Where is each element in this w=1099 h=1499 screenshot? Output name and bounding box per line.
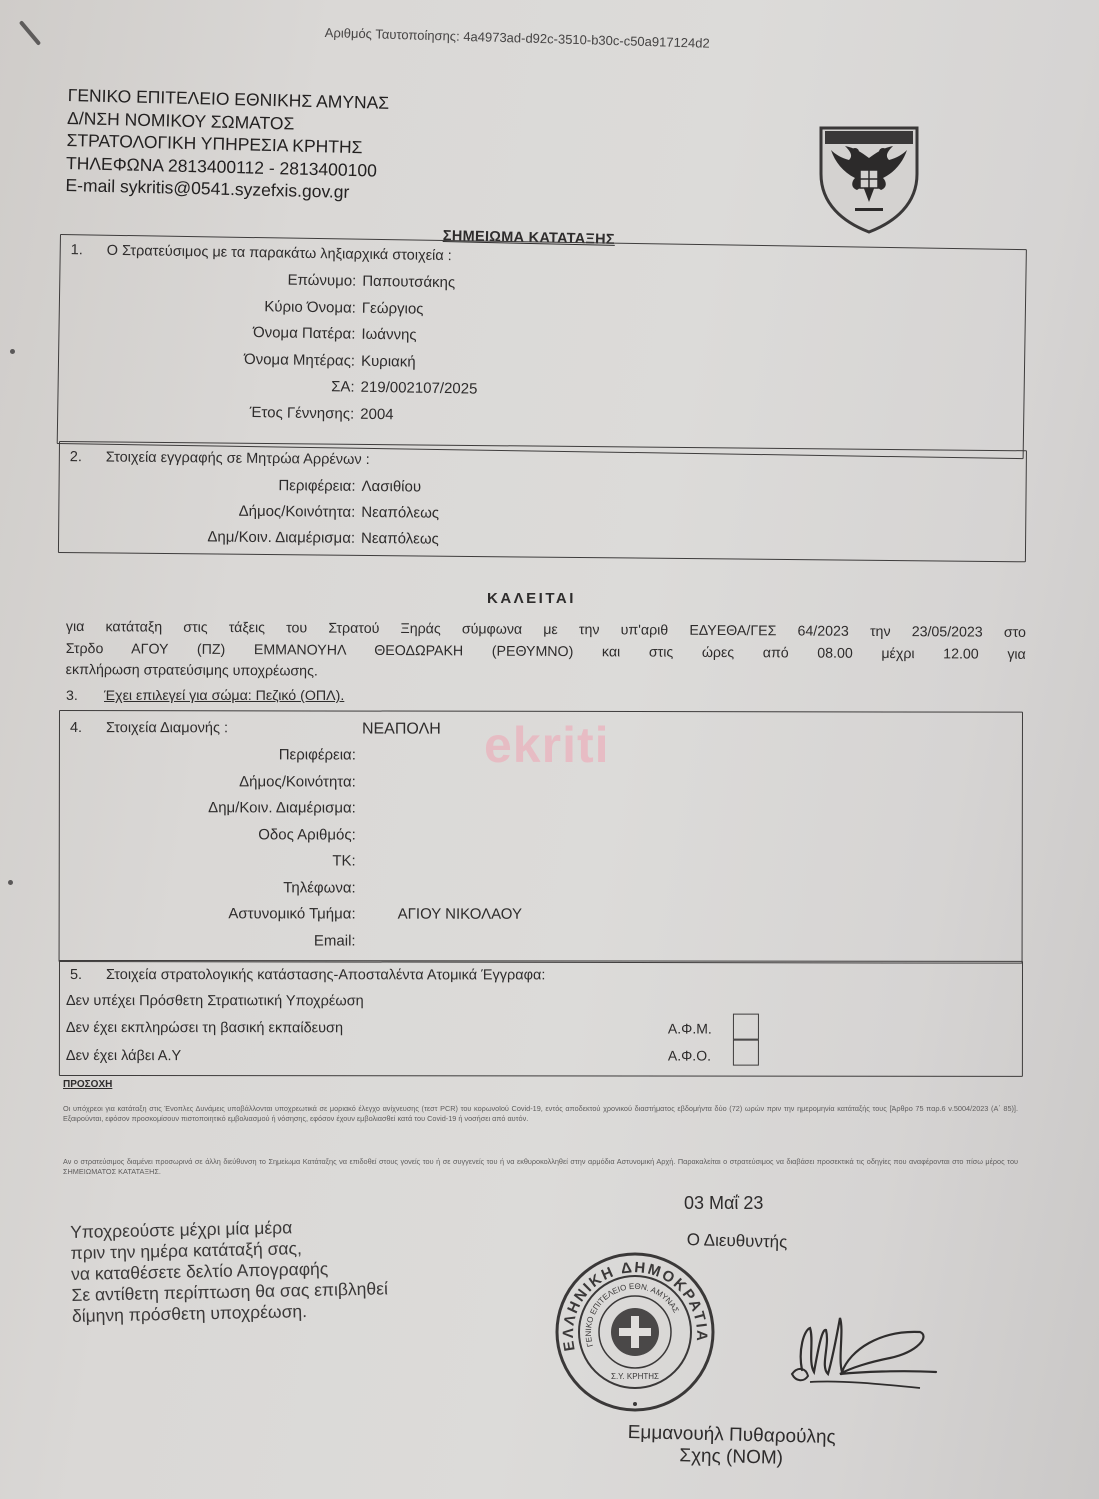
residence-town: ΝΕΑΠΟΛΗ bbox=[362, 721, 441, 739]
watermark-logo: ekriti bbox=[484, 716, 610, 774]
field-value: Λασιθίου bbox=[361, 478, 421, 496]
field-row: Περιφέρεια: bbox=[60, 746, 398, 764]
field-row: Οδος Αριθμός: bbox=[60, 826, 398, 844]
field-row: Δημ/Κοιν. Διαμέρισμα:Νεαπόλεως bbox=[59, 527, 439, 548]
field-value: ΑΓΙΟΥ ΝΙΚΟΛΑΟΥ bbox=[398, 906, 522, 923]
section-5-box: 5.Στοιχεία στρατολογικής κατάστασης-Αποσ… bbox=[59, 960, 1023, 1077]
section-heading-text: Ο Στρατεύσιμος με τα παρακάτω ληξιαρχικά… bbox=[107, 243, 452, 264]
official-stamp-icon: ΕΛΛΗΝΙΚΗ ΔΗΜΟΚΡΑΤΙΑ ΓΕΝΙΚΟ ΕΠΙΤΕΛΕΙΟ ΕΘΝ… bbox=[553, 1250, 717, 1414]
field-label: Όνομα Μητέρας: bbox=[59, 348, 355, 370]
field-value: Νεαπόλεως bbox=[361, 530, 439, 548]
afm-label: Α.Φ.Μ. bbox=[668, 1021, 712, 1037]
field-value: 2004 bbox=[360, 405, 394, 423]
section-number: 4. bbox=[70, 720, 106, 736]
field-label: Όνομα Πατέρα: bbox=[59, 321, 355, 343]
section-1-heading: 1.Ο Στρατεύσιμος με τα παρακάτω ληξιαρχι… bbox=[71, 242, 452, 264]
field-value: Ιωάννης bbox=[361, 326, 416, 344]
field-value: Νεαπόλεως bbox=[361, 504, 439, 522]
section-1-box: 1.Ο Στρατεύσιμος με τα παρακάτω ληξιαρχι… bbox=[57, 234, 1027, 459]
field-label: Αστυνομικό Τμήμα: bbox=[60, 905, 356, 923]
section-3: 3.Έχει επιλεγεί για σώμα: Πεζικό (ΟΠΛ). bbox=[66, 688, 344, 704]
signature-icon bbox=[780, 1310, 940, 1395]
identification-label: Αριθμός Ταυτοποίησης: bbox=[325, 25, 460, 44]
pen-mark bbox=[19, 20, 41, 46]
field-row: Δημ/Κοιν. Διαμέρισμα: bbox=[60, 799, 398, 817]
field-row: Αστυνομικό Τμήμα:ΑΓΙΟΥ ΝΙΚΟΛΑΟΥ bbox=[60, 905, 522, 923]
field-row: Όνομα Πατέρα:Ιωάννης bbox=[59, 321, 416, 344]
section-2-box: 2.Στοιχεία εγγραφής σε Μητρώα Αρρένων : … bbox=[58, 441, 1027, 562]
field-row: ΤΚ: bbox=[60, 852, 398, 870]
field-value: 219/002107/2025 bbox=[360, 379, 477, 398]
field-row: Κύριο Όνομα:Γεώργιος bbox=[60, 295, 424, 318]
afm-checkbox[interactable] bbox=[733, 1014, 759, 1040]
section-4-heading: 4.Στοιχεία Διαμονής : bbox=[70, 720, 228, 736]
section-2-heading: 2.Στοιχεία εγγραφής σε Μητρώα Αρρένων : bbox=[70, 449, 370, 468]
document-page: Αριθμός Ταυτοποίησης: 4a4973ad-d92c-3510… bbox=[0, 0, 1099, 1499]
field-row: Επώνυμο:Παπουτσάκης bbox=[60, 268, 455, 291]
issue-date: 03 Μαΐ 23 bbox=[684, 1193, 763, 1214]
stamp-bottom-text: Σ.Υ. ΚΡΗΤΗΣ bbox=[611, 1372, 659, 1381]
field-row: Τηλέφωνα: bbox=[60, 879, 398, 897]
afo-label: Α.Φ.Ο. bbox=[668, 1048, 711, 1064]
field-row: Όνομα Μητέρας:Κυριακή bbox=[59, 348, 416, 371]
field-row: ΣΑ:219/002107/2025 bbox=[59, 374, 478, 398]
section-number: 2. bbox=[70, 449, 106, 465]
attention-paragraph-2: Αν ο στρατεύσιμος διαμένει προσωρινά σε … bbox=[63, 1157, 1018, 1177]
attention-paragraph-1: Οι υπόχρεοι για κατάταξη στις Ένοπλες Δυ… bbox=[63, 1104, 1018, 1124]
field-row: Δήμος/Κοινότητα: bbox=[60, 773, 398, 791]
deadline-notice: Υποχρεούστε μέχρι μία μέρα πριν την ημέρ… bbox=[70, 1215, 389, 1327]
identification-number: 4a4973ad-d92c-3510-b30c-c50a917124d2 bbox=[463, 29, 710, 51]
field-row: Έτος Γέννησης:2004 bbox=[58, 400, 394, 422]
field-label: Οδος Αριθμός: bbox=[60, 826, 356, 844]
field-label: Δημ/Κοιν. Διαμέρισμα: bbox=[60, 799, 356, 817]
status-line-1: Δεν υπέχει Πρόσθετη Στρατιωτική Υποχρέωσ… bbox=[66, 993, 364, 1009]
signatory-block: Εμμανουήλ Πυθαρούλης Σχης (ΝΟΜ) bbox=[627, 1422, 836, 1471]
section-heading-text: Στοιχεία εγγραφής σε Μητρώα Αρρένων : bbox=[106, 449, 370, 468]
field-row: Δήμος/Κοινότητα:Νεαπόλεως bbox=[59, 501, 439, 522]
field-value: Γεώργιος bbox=[362, 299, 424, 317]
field-label: Έτος Γέννησης: bbox=[58, 400, 354, 422]
section-heading-text: Στοιχεία Διαμονής : bbox=[106, 720, 228, 736]
status-line-3: Δεν έχει λάβει Α.Υ bbox=[66, 1048, 181, 1064]
field-label: Δήμος/Κοινότητα: bbox=[60, 773, 356, 791]
field-label: Δήμος/Κοινότητα: bbox=[59, 501, 355, 521]
field-label: Περιφέρεια: bbox=[60, 746, 356, 764]
field-value: Παπουτσάκης bbox=[362, 273, 455, 291]
field-row: Περιφέρεια:Λασιθίου bbox=[60, 475, 422, 495]
section-heading-text: Στοιχεία στρατολογικής κατάστασης-Αποστα… bbox=[106, 967, 545, 983]
field-label: Κύριο Όνομα: bbox=[60, 295, 356, 317]
punch-hole bbox=[8, 880, 13, 885]
field-label: Τηλέφωνα: bbox=[60, 879, 356, 897]
field-label: ΤΚ: bbox=[60, 852, 356, 870]
punch-hole bbox=[10, 349, 15, 354]
section-number: 3. bbox=[66, 688, 104, 704]
status-line-2: Δεν έχει εκπληρώσει τη βασική εκπαίδευση bbox=[66, 1020, 343, 1036]
field-label: Περιφέρεια: bbox=[60, 475, 356, 495]
call-paragraph: για κατάταξη στις τάξεις του Στρατού Ξηρ… bbox=[66, 617, 1026, 687]
field-label: Επώνυμο: bbox=[60, 268, 356, 290]
afo-checkbox[interactable] bbox=[733, 1040, 759, 1066]
section-number: 1. bbox=[71, 242, 107, 259]
identification-line: Αριθμός Ταυτοποίησης: 4a4973ad-d92c-3510… bbox=[325, 25, 710, 51]
section-5-heading: 5.Στοιχεία στρατολογικής κατάστασης-Αποσ… bbox=[70, 967, 545, 983]
organization-header: ΓΕΝΙΚΟ ΕΠΙΤΕΛΕΙΟ ΕΘΝΙΚΗΣ ΑΜΥΝΑΣ Δ/ΝΣΗ ΝΟ… bbox=[65, 84, 389, 204]
section-number: 5. bbox=[70, 967, 106, 983]
attention-title: ΠΡΟΣΟΧΗ bbox=[63, 1079, 112, 1090]
field-value: Κυριακή bbox=[361, 352, 416, 370]
field-label: ΣΑ: bbox=[59, 374, 355, 396]
field-row: Email: bbox=[60, 932, 398, 950]
section-3-text: Έχει επιλεγεί για σώμα: Πεζικό (ΟΠΛ). bbox=[104, 688, 344, 704]
field-label: Δημ/Κοιν. Διαμέρισμα: bbox=[59, 527, 355, 547]
field-label: Email: bbox=[60, 932, 356, 950]
army-crest-icon bbox=[815, 122, 923, 234]
call-heading: ΚΑΛΕΙΤΑΙ bbox=[487, 590, 576, 607]
